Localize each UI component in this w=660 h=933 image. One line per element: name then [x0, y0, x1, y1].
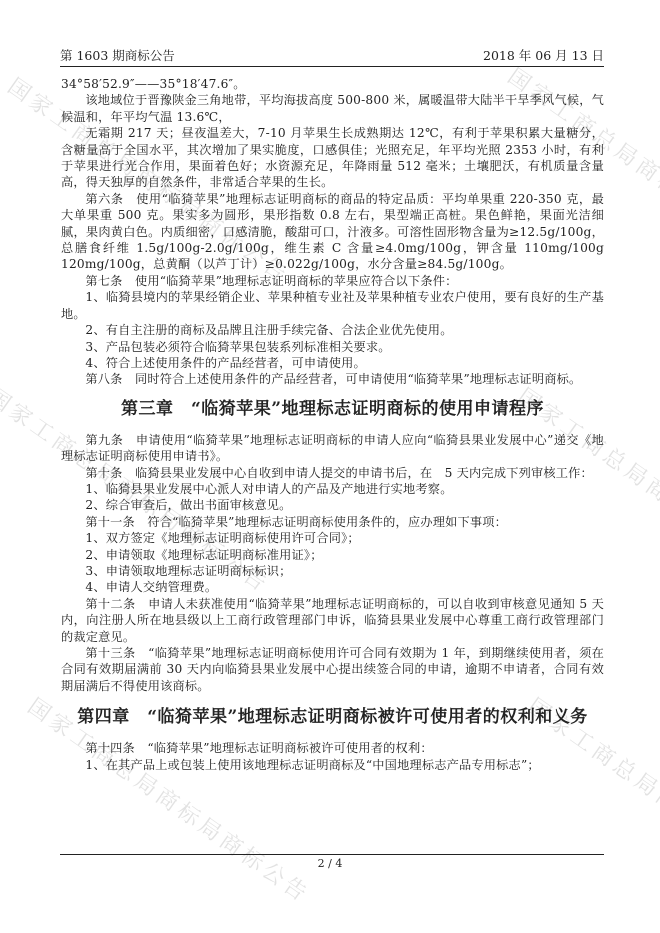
article-7-item: 4、符合上述使用条件的产品经营者，可申请使用。	[61, 355, 604, 371]
article-10-item: 2、综合审查后，做出书面审核意见。	[61, 497, 604, 513]
page-header: 第 1603 期商标公告 2018 年 06 月 13 日	[60, 48, 604, 67]
article-11: 第十一条 符合“临猗苹果”地理标志证明商标使用条件的，应办理如下事项：	[61, 514, 604, 530]
article-14-item: 1、在其产品上或包装上使用该地理标志证明商标及“中国地理标志产品专用标志”；	[61, 757, 604, 773]
issue-number: 第 1603 期商标公告	[60, 48, 175, 64]
article-13: 第十三条 “临猗苹果”地理标志证明商标使用许可合同有效期为 1 年，到期继续使用…	[61, 645, 604, 694]
article-11-item: 3、申请领取地理标志证明商标标识；	[61, 563, 604, 579]
document-body: 34°58′52.9″——35°18′47.6″。 该地域位于晋豫陕金三角地带，…	[61, 76, 604, 773]
article-8: 第八条 同时符合上述使用条件的产品经营者，可申请使用“临猗苹果”地理标志证明商标…	[61, 371, 604, 387]
page-number: 2 / 4	[0, 857, 660, 870]
article-10: 第十条 临猗县果业发展中心自收到申请人提交的申请书后，在 5 天内完成下列审核工…	[61, 465, 604, 481]
article-6: 第六条 使用“临猗苹果”地理标志证明商标的商品的特定品质：平均单果重 220-3…	[61, 191, 604, 273]
article-14: 第十四条 “临猗苹果”地理标志证明商标被许可使用者的权利：	[61, 740, 604, 756]
article-7-item: 2、有自主注册的商标及品牌且注册手续完备、合法企业优先使用。	[61, 322, 604, 338]
publication-date: 2018 年 06 月 13 日	[483, 48, 604, 64]
chapter-3-heading: 第三章 “临猗苹果”地理标志证明商标的使用申请程序	[61, 398, 604, 420]
article-11-item: 4、申请人交纳管理费。	[61, 579, 604, 595]
article-10-item: 1、临猗县果业发展中心派人对申请人的产品及产地进行实地考察。	[61, 481, 604, 497]
coordinates-text: 34°58′52.9″——35°18′47.6″。	[61, 76, 604, 92]
article-11-item: 2、申请领取《地理标志证明商标准用证》；	[61, 547, 604, 563]
chapter-4-heading: 第四章 “临猗苹果”地理标志证明商标被许可使用者的权利和义务	[61, 706, 604, 728]
footer-divider	[60, 854, 604, 855]
article-11-item: 1、双方签定《地理标志证明商标使用许可合同》；	[61, 530, 604, 546]
article-9: 第九条 申请使用“临猗苹果”地理标志证明商标的申请人应向“临猗县果业发展中心”递…	[61, 432, 604, 465]
paragraph-climate: 该地域位于晋豫陕金三角地带，平均海拔高度 500-800 米，属暖温带大陆半干旱…	[61, 92, 604, 125]
article-7-item: 1、临猗县境内的苹果经销企业、苹果种植专业社及苹果种植专业农户使用，要有良好的生…	[61, 289, 604, 322]
paragraph-conditions: 无霜期 217 天；昼夜温差大，7-10 月苹果生长成熟期达 12℃，有利于苹果…	[61, 125, 604, 191]
document-page: 国家工商总局商标局商标公告 国家工商总局商标局商标公告 国家工商总局商标局商标公…	[0, 0, 660, 933]
article-7: 第七条 使用“临猗苹果”地理标志证明商标的苹果应符合以下条件：	[61, 273, 604, 289]
article-12: 第十二条 申请人未获准使用“临猗苹果”地理标志证明商标的，可以自收到审核意见通知…	[61, 596, 604, 645]
article-7-item: 3、产品包装必须符合临猗苹果包装系列标准相关要求。	[61, 339, 604, 355]
